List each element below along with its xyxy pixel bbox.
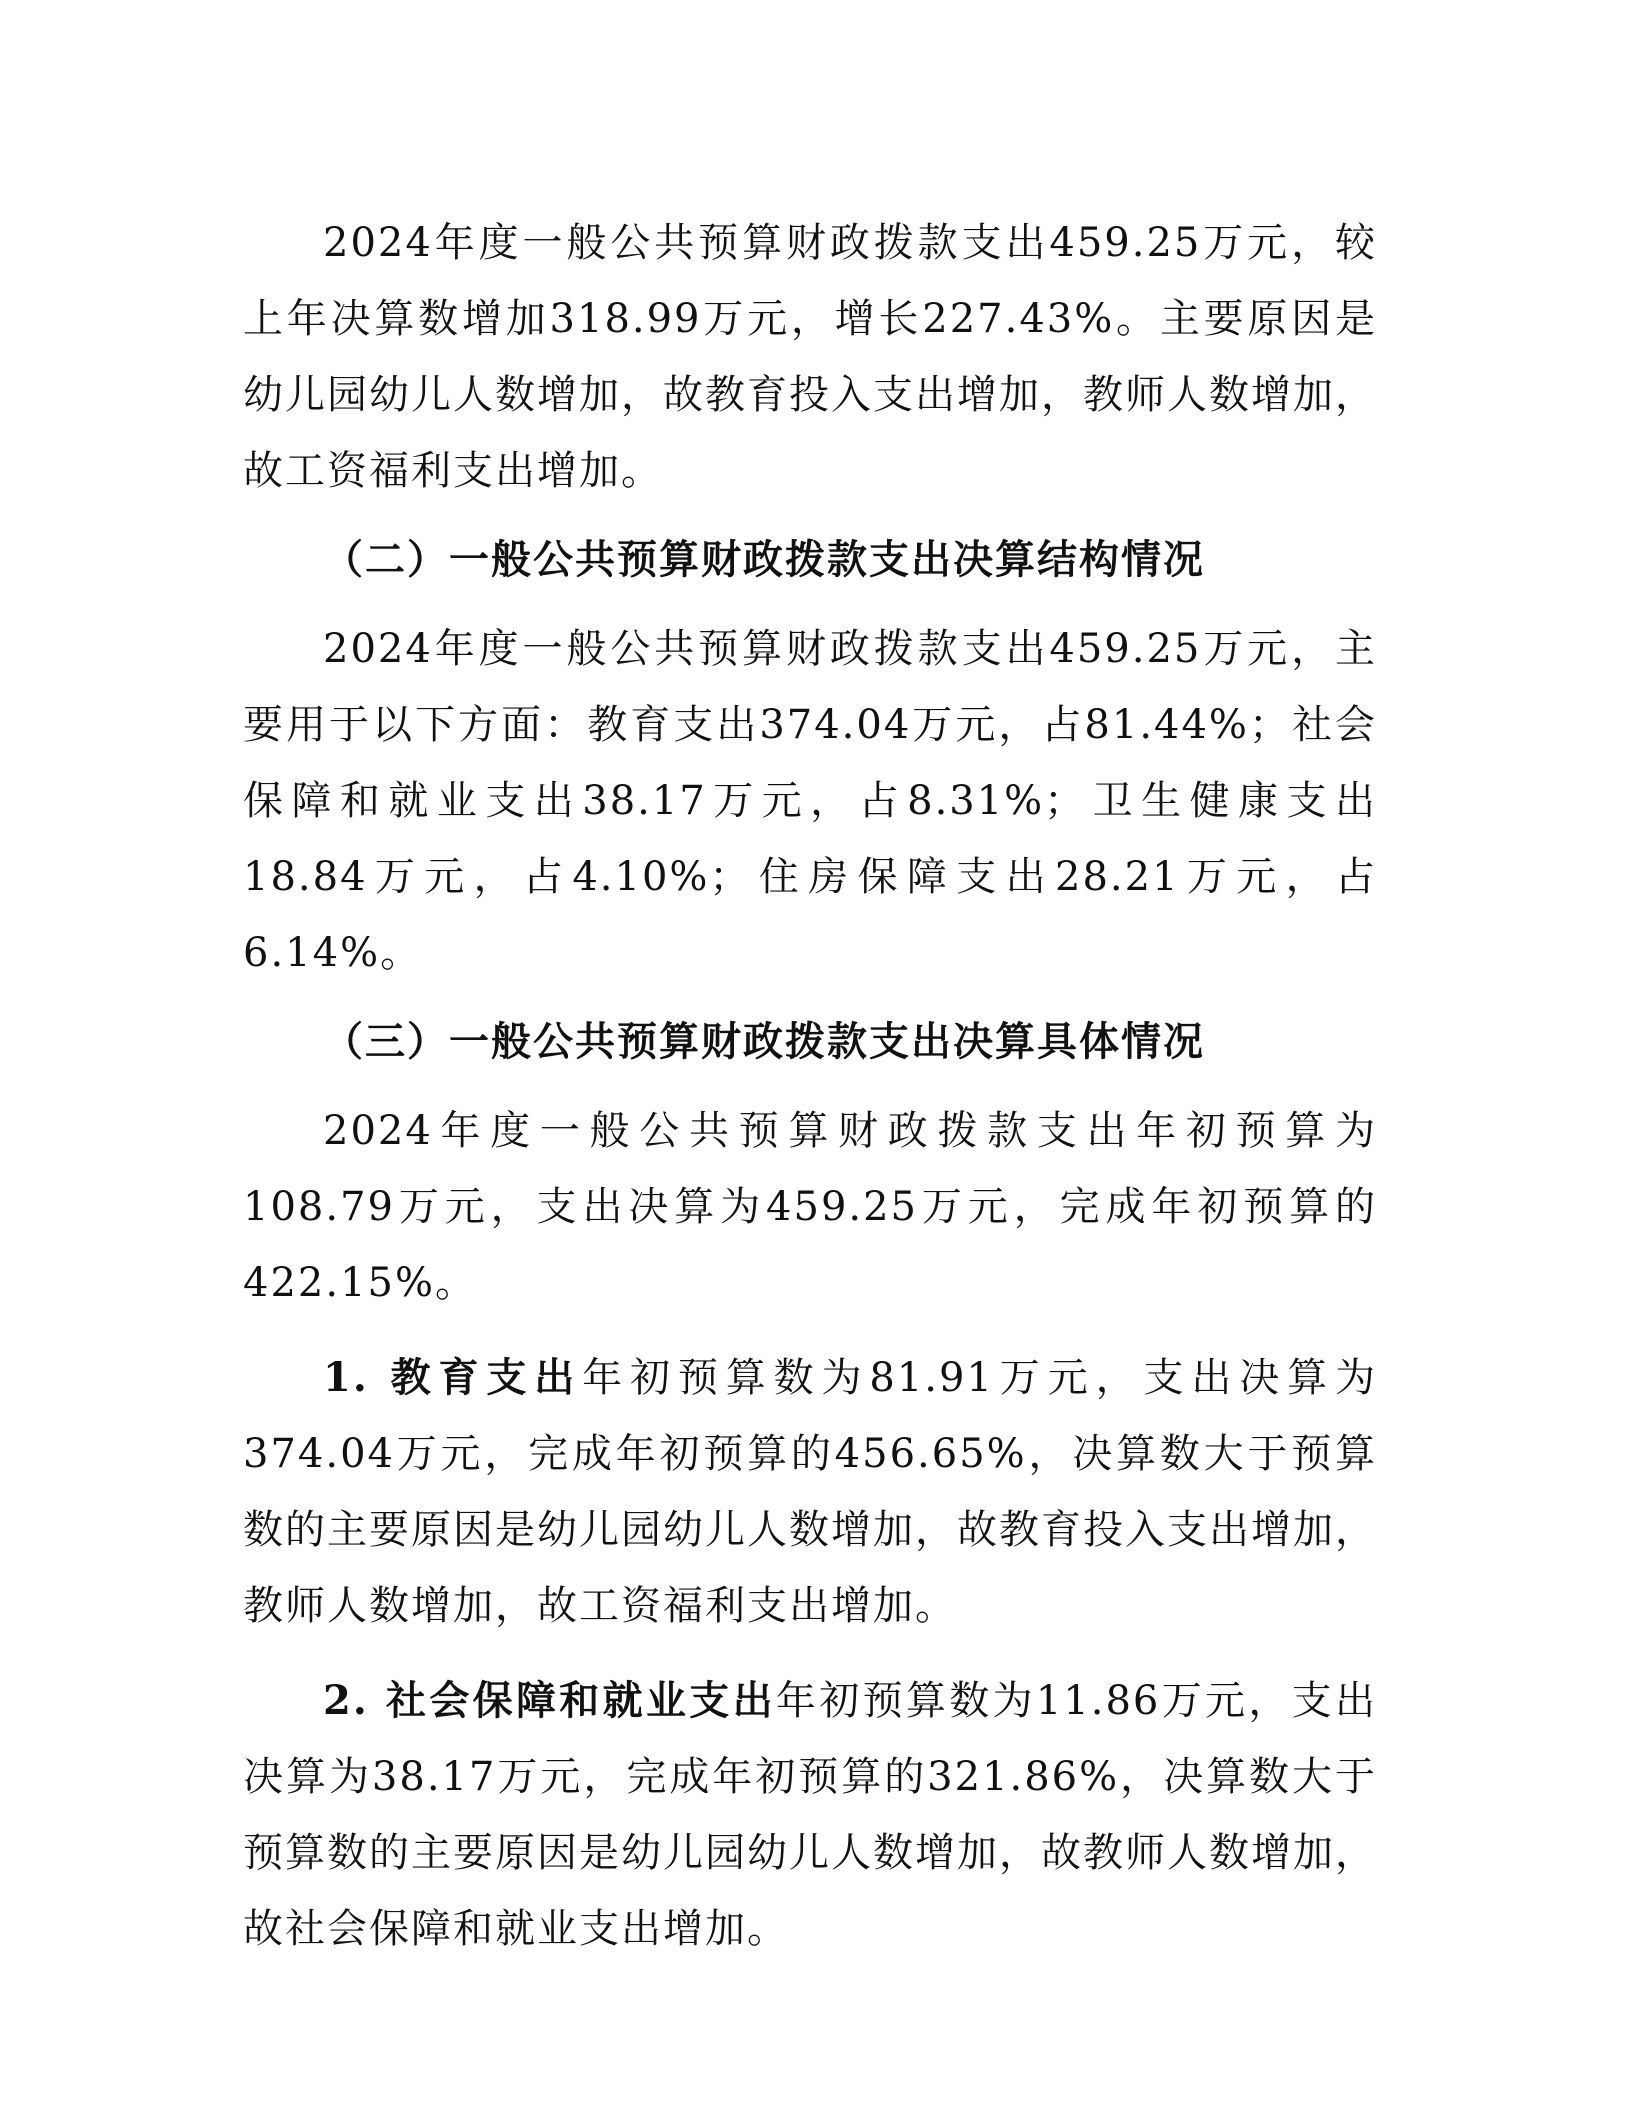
paragraph-details-summary: 2024年度一般公共预算财政拨款支出年初预算为108.79万元，支出决算为459… xyxy=(243,1093,1377,1321)
item-label: 1. 教育支出 xyxy=(323,1354,582,1401)
item-social-security-expenditure: 2. 社会保障和就业支出年初预算数为11.86万元，支出决算为38.17万元，完… xyxy=(243,1663,1377,1967)
paragraph-structure: 2024年度一般公共预算财政拨款支出459.25万元，主要用于以下方面：教育支出… xyxy=(243,611,1377,991)
section-heading-structure: （二）一般公共预算财政拨款支出决算结构情况 xyxy=(243,522,1377,598)
item-label: 2. 社会保障和就业支出 xyxy=(323,1677,776,1724)
document-page: 2024年度一般公共预算财政拨款支出459.25万元，较上年决算数增加318.9… xyxy=(243,205,1377,1967)
item-education-expenditure: 1. 教育支出年初预算数为81.91万元，支出决算为374.04万元，完成年初预… xyxy=(243,1340,1377,1644)
paragraph-year-over-year: 2024年度一般公共预算财政拨款支出459.25万元，较上年决算数增加318.9… xyxy=(243,205,1377,509)
section-heading-details: （三）一般公共预算财政拨款支出决算具体情况 xyxy=(243,1004,1377,1080)
